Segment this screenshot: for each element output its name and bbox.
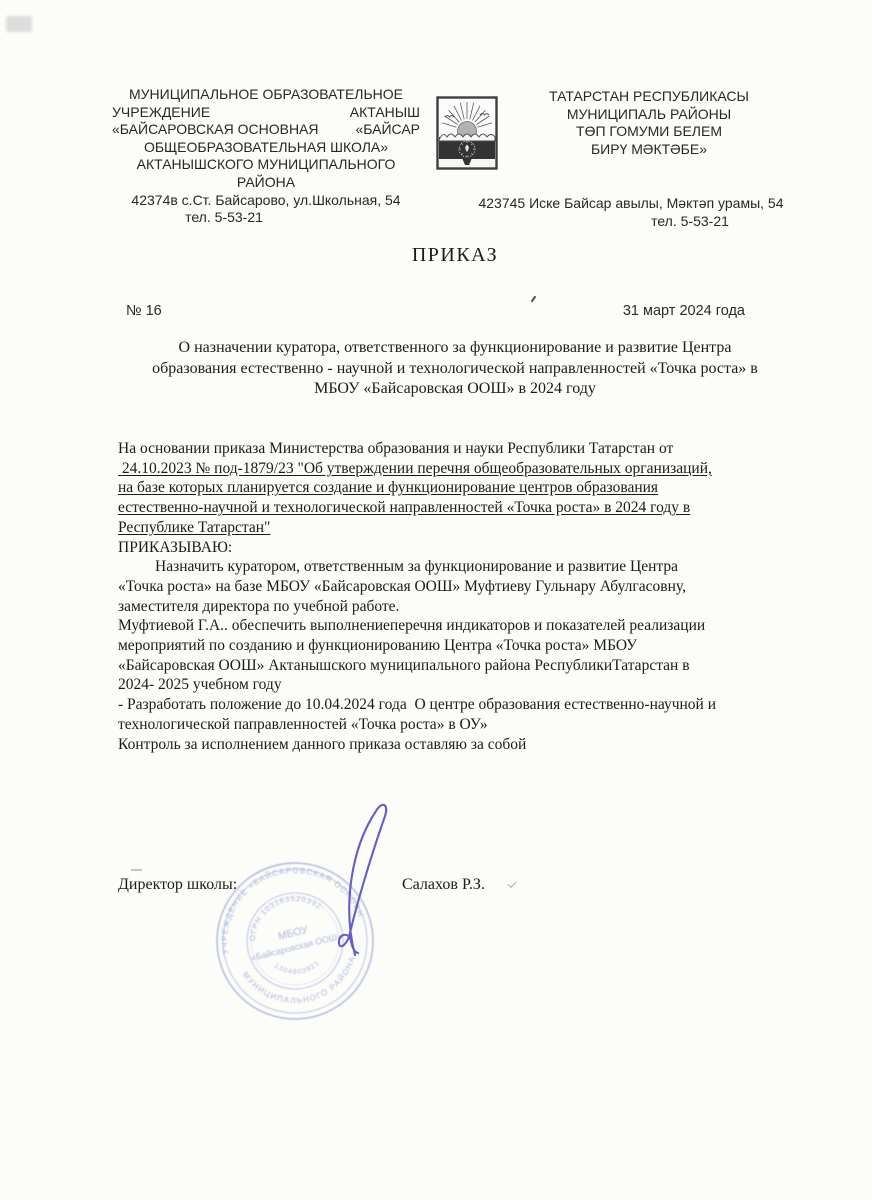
stamp-ink-group: УЧРЕЖДЕНИЕ «БАЙСАРОВСКАЯ ОСНОВНАЯ МУНИЦИ…	[200, 785, 393, 1046]
scan-artifact-mark	[6, 16, 32, 32]
order-title-line: О назначении куратора, ответственного за…	[118, 338, 792, 359]
body-line-underlined: на базе которых планируется создание и ф…	[118, 478, 810, 498]
org-name-line: АКТАНЫШСКОГО МУНИЦИПАЛЬНОГО	[112, 156, 420, 174]
number-date-row: № 16 31 март 2024 года	[118, 303, 792, 325]
body-line: мероприятий по созданию и функционирован…	[118, 636, 810, 656]
order-word: ПРИКАЗЫВАЮ:	[118, 538, 810, 558]
org-name-line: ТАТАРСТАН РЕСПУБЛИКАСЫ	[506, 88, 792, 106]
order-date: 31 март 2024 года	[623, 303, 745, 319]
org-name-line: «БАЙСАРОВСКАЯ ОСНОВНАЯ «БАЙСАР	[112, 121, 420, 139]
org-name-line: ТӨП ГОМУМИ БЕЛЕМ	[506, 123, 792, 141]
org-address: 42374в с.Ст. Байсарово, ул.Школьная, 54	[112, 192, 420, 210]
body-line: «Точка роста» на базе МБОУ «Байсаровская…	[118, 577, 810, 597]
body-line: Назначить куратором, ответственным за фу…	[118, 557, 810, 577]
header-right-org-block: ТАТАРСТАН РЕСПУБЛИКАСЫ МУНИЦИПАЛЬ РАЙОНЫ…	[470, 88, 792, 231]
body-line: Муфтиевой Г.А.. обеспечить выполнениепер…	[118, 616, 810, 636]
body-line-underlined: 24.10.2023 № под-1879/23 "Об утверждении…	[118, 459, 810, 479]
org-name-line: МУНИЦИПАЛЬ РАЙОНЫ	[506, 106, 792, 124]
scanned-order-page: МУНИЦИПАЛЬНОЕ ОБРАЗОВАТЕЛЬНОЕ УЧРЕЖДЕНИЕ…	[0, 0, 872, 1200]
org-address: 423745 Иске Байсар авылы, Мәктәп урамы, …	[470, 195, 792, 213]
document-type-heading: ПРИКАЗ	[118, 244, 792, 267]
order-number: № 16	[126, 303, 162, 319]
body-line: технологической паправленностей «Точка р…	[118, 715, 810, 735]
org-name-line: УЧРЕЖДЕНИЕ АКТАНЫШ	[112, 104, 420, 122]
org-name-fragment: «БАЙСАР	[355, 121, 420, 139]
body-line: 2024- 2025 учебном году	[118, 675, 810, 695]
org-phone: тел. 5-53-21	[470, 213, 792, 231]
body-line: «Байсаровская ООШ» Актанышского муниципа…	[118, 656, 810, 676]
org-phone: тел. 5-53-21	[112, 209, 420, 227]
org-name-fragment: «БАЙСАРОВСКАЯ ОСНОВНАЯ	[112, 121, 319, 139]
body-line-underlined: Республике Татарстан"	[118, 518, 810, 538]
body-line: На основании приказа Министерства образо…	[118, 439, 810, 459]
order-title: О назначении куратора, ответственного за…	[118, 338, 792, 400]
order-body: На основании приказа Министерства образо…	[118, 439, 810, 754]
order-title-line: образования естественно - научной и техн…	[118, 359, 792, 380]
body-line-underlined: естественно-научной и технологической на…	[118, 498, 810, 518]
org-name-fragment: УЧРЕЖДЕНИЕ	[112, 104, 210, 122]
official-round-stamp: УЧРЕЖДЕНИЕ «БАЙСАРОВСКАЯ ОСНОВНАЯ МУНИЦИ…	[200, 785, 470, 1075]
org-name-line: РАЙОНА	[112, 174, 420, 192]
body-line: - Разработать положение до 10.04.2024 го…	[118, 695, 810, 715]
org-name-line: МУНИЦИПАЛЬНОЕ ОБРАЗОВАТЕЛЬНОЕ	[112, 86, 420, 104]
org-name-line: ОБЩЕОБРАЗОВАТЕЛЬНАЯ ШКОЛА»	[112, 139, 420, 157]
org-name-line: БИРҮ МӘКТӘБЕ»	[506, 141, 792, 159]
header-left-org-block: МУНИЦИПАЛЬНОЕ ОБРАЗОВАТЕЛЬНОЕ УЧРЕЖДЕНИЕ…	[112, 86, 420, 227]
body-line: Контроль за исполнением данного приказа …	[118, 735, 810, 755]
scan-artifact-dash	[131, 869, 142, 871]
handwritten-signature-stroke	[339, 805, 386, 955]
pen-tick-artifact	[531, 296, 537, 303]
org-name-tatar: ТАТАРСТАН РЕСПУБЛИКАСЫ МУНИЦИПАЛЬ РАЙОНЫ…	[470, 88, 792, 158]
order-title-line: МБОУ «Байсаровская ООШ» в 2024 году	[118, 379, 792, 400]
org-name-fragment: АКТАНЫШ	[350, 104, 420, 122]
body-line: заместителя директора по учебной работе.	[118, 597, 810, 617]
